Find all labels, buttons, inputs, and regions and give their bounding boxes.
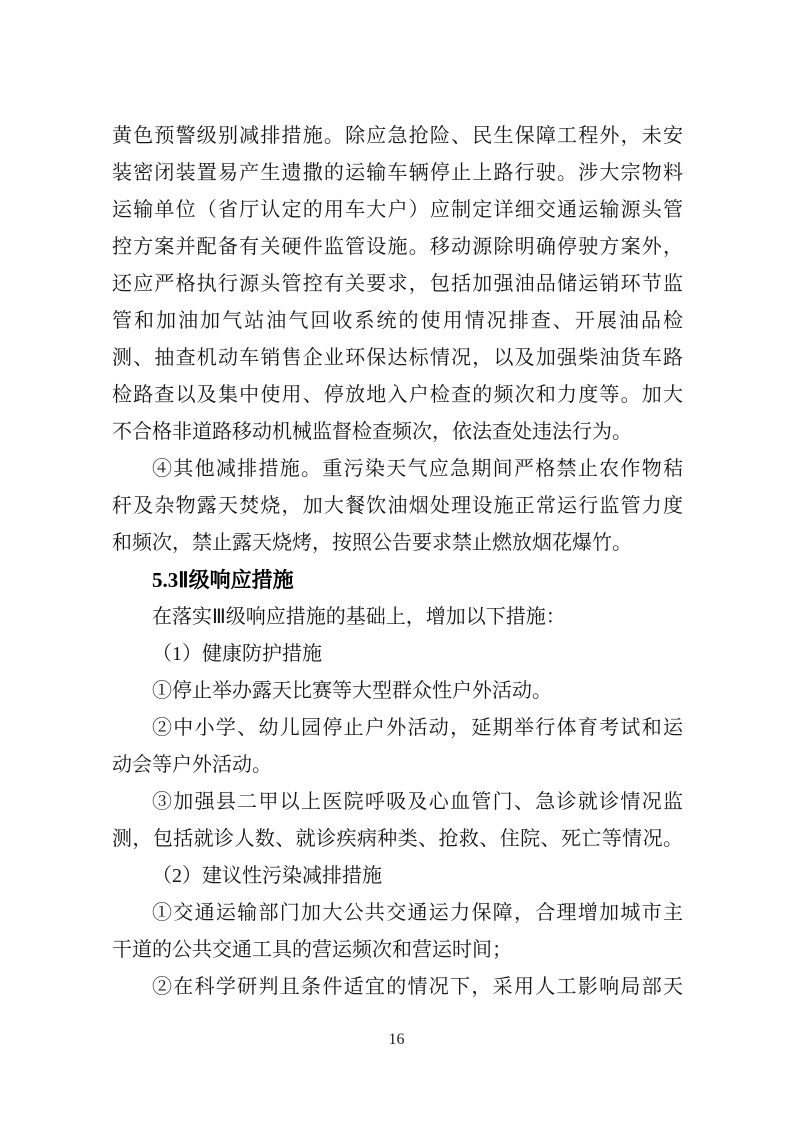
text-line: 和频次，禁止露天烧烤，按照公告要求禁止燃放烟花爆竹。 [112,525,683,562]
section-heading: 5.3Ⅱ级响应措施 [112,562,683,599]
page-number: 16 [0,1031,793,1049]
text-line: 测，包括就诊人数、就诊疾病种类、抢救、住院、死亡等情况。 [112,821,683,858]
text-line: 检路查以及集中使用、停放地入户检查的频次和力度等。加大 [112,377,683,414]
text-line: ④其他减排措施。重污染天气应急期间严格禁止农作物秸 [112,451,683,488]
text-line: 测、抽查机动车销售企业环保达标情况，以及加强柴油货车路 [112,340,683,377]
text-line: ③加强县二甲以上医院呼吸及心血管门、急诊就诊情况监 [112,784,683,821]
text-line: 管和加油加气站油气回收系统的使用情况排查、开展油品检 [112,303,683,340]
text-line: 不合格非道路移动机械监督检查频次，依法查处违法行为。 [112,414,683,451]
text-line: 干道的公共交通工具的营运频次和营运时间； [112,932,683,969]
document-text-block: 黄色预警级别减排措施。除应急抢险、民生保障工程外，未安装密闭装置易产生遗撒的运输… [112,118,683,1006]
text-line: 黄色预警级别减排措施。除应急抢险、民生保障工程外，未安 [112,118,683,155]
text-line: 控方案并配备有关硬件监管设施。移动源除明确停驶方案外， [112,229,683,266]
text-line: 秆及杂物露天焚烧，加大餐饮油烟处理设施正常运行监管力度 [112,488,683,525]
text-line: （1）健康防护措施 [112,636,683,673]
text-line: 装密闭装置易产生遗撒的运输车辆停止上路行驶。涉大宗物料 [112,155,683,192]
text-line: 在落实Ⅲ级响应措施的基础上，增加以下措施： [112,599,683,636]
text-line: （2）建议性污染减排措施 [112,858,683,895]
text-line: 还应严格执行源头管控有关要求，包括加强油品储运销环节监 [112,266,683,303]
text-line: ②中小学、幼儿园停止户外活动，延期举行体育考试和运 [112,710,683,747]
text-line: ②在科学研判且条件适宜的情况下，采用人工影响局部天 [112,969,683,1006]
text-line: 运输单位（省厅认定的用车大户）应制定详细交通运输源头管 [112,192,683,229]
text-line: ①交通运输部门加大公共交通运力保障，合理增加城市主 [112,895,683,932]
text-line: ①停止举办露天比赛等大型群众性户外活动。 [112,673,683,710]
document-page: 黄色预警级别减排措施。除应急抢险、民生保障工程外，未安装密闭装置易产生遗撒的运输… [0,0,793,1122]
text-line: 动会等户外活动。 [112,747,683,784]
